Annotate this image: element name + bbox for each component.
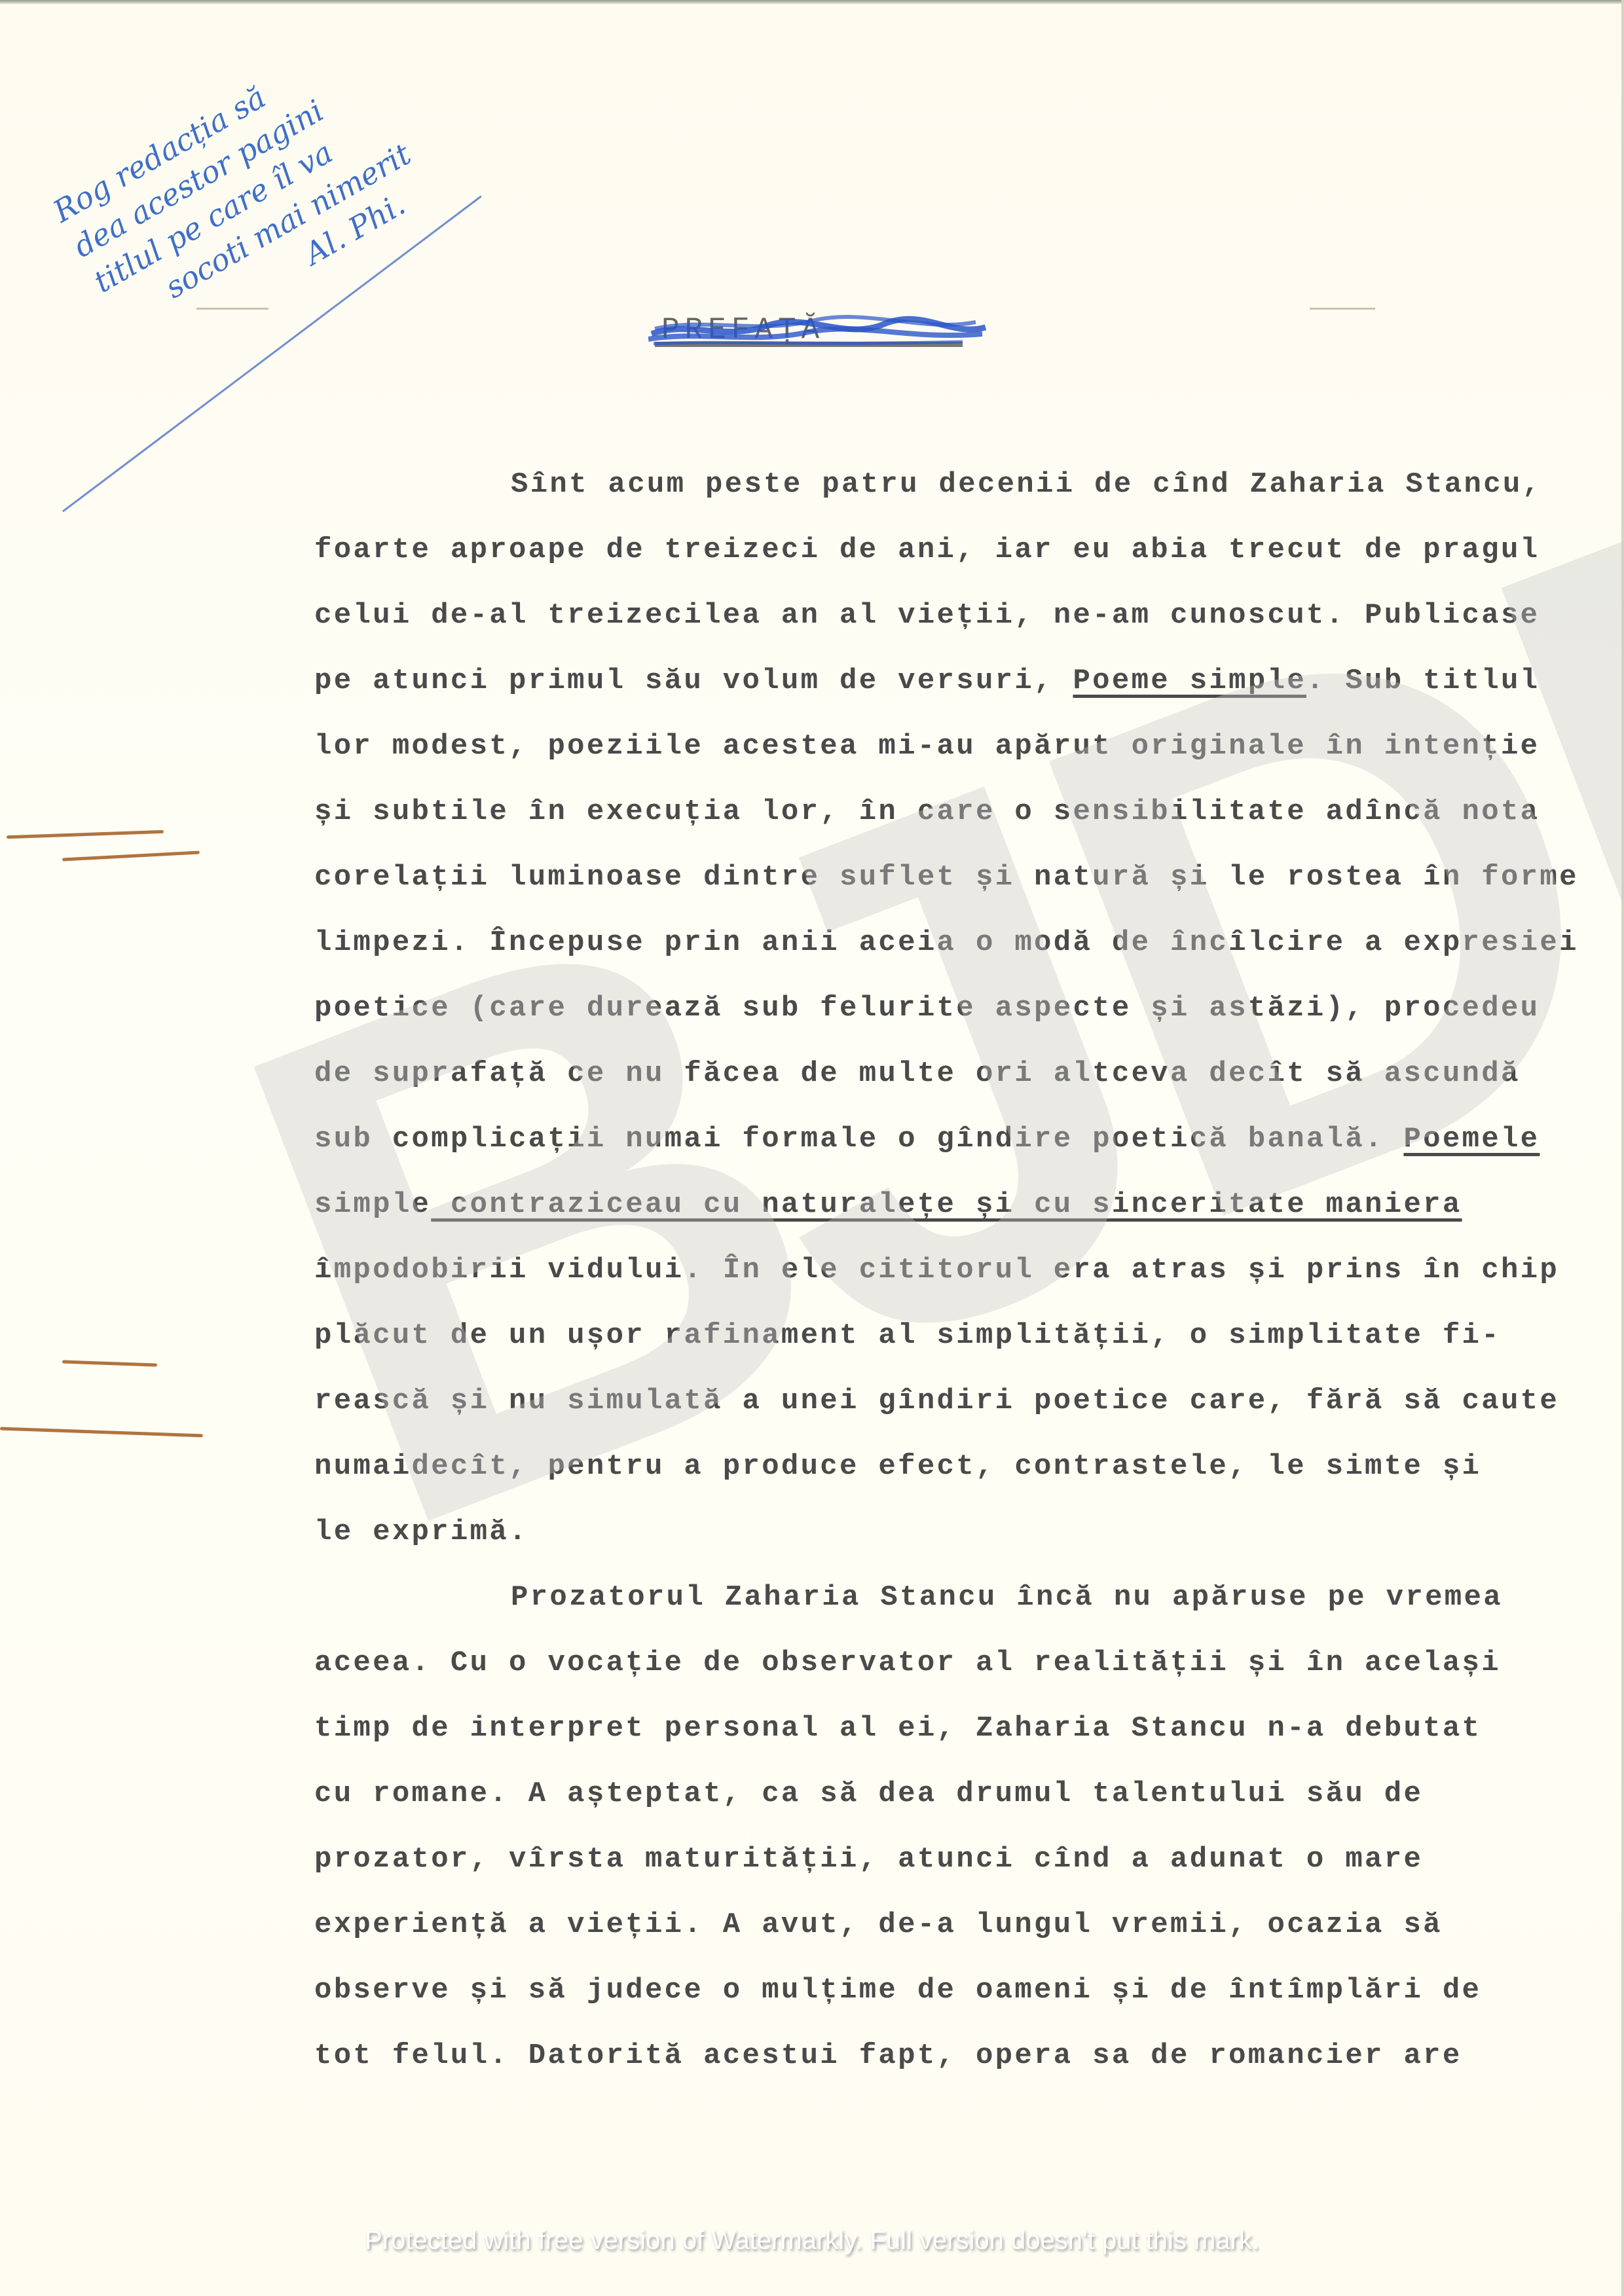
- underlined-book-title: contraziceau cu naturalețe și cu sinceri…: [431, 1188, 1462, 1221]
- text-span: pe atunci primul său volum de versuri,: [314, 665, 1073, 697]
- text-line: numaidecît, pentru a produce efect, cont…: [314, 1434, 1624, 1499]
- scan-top-edge: [0, 0, 1624, 4]
- text-line: le exprimă.: [314, 1499, 1624, 1565]
- text-line: observe și să judece o mulțime de oameni…: [314, 1958, 1624, 2023]
- tick-mark: [196, 308, 268, 310]
- text-span: și subtile în execuția lor, în care o se…: [314, 795, 1540, 828]
- text-span: timp de interpret personal al ei, Zahari…: [314, 1712, 1481, 1745]
- text-line: limpezi. Începuse prin anii aceia o modă…: [314, 910, 1624, 975]
- text-line: de suprafață ce nu făcea de multe ori al…: [314, 1041, 1624, 1106]
- text-span: corelații luminoase dintre suflet și nat…: [314, 861, 1579, 894]
- text-line: prozator, vîrsta maturității, atunci cîn…: [314, 1827, 1624, 1892]
- text-span: sub complicații numai formale o gîndire …: [314, 1123, 1403, 1156]
- text-line: plăcut de un ușor rafinament al simplită…: [314, 1303, 1624, 1368]
- text-span: observe și să judece o mulțime de oameni…: [314, 1974, 1481, 2007]
- underlined-book-title: Poeme simple: [1073, 665, 1306, 697]
- text-line: rească și nu simulată a unei gîndiri poe…: [314, 1368, 1624, 1434]
- rust-mark: [7, 830, 164, 839]
- text-line: experiență a vieții. A avut, de-a lungul…: [314, 1892, 1624, 1958]
- text-span: împodobirii vidului. În ele cititorul er…: [314, 1254, 1559, 1286]
- text-span: lor modest, poeziile acestea mi-au apăru…: [314, 730, 1540, 763]
- scribble-strikeout-icon: [648, 314, 989, 347]
- text-span: Prozatorul Zaharia Stancu încă nu apărus…: [511, 1581, 1503, 1614]
- text-line: timp de interpret personal al ei, Zahari…: [314, 1696, 1624, 1761]
- text-line: pe atunci primul său volum de versuri, P…: [314, 648, 1624, 714]
- rust-mark: [62, 1360, 157, 1366]
- tick-mark: [1310, 308, 1375, 310]
- text-span: tot felul. Datorită acestui fapt, opera …: [314, 2039, 1462, 2072]
- text-line: corelații luminoase dintre suflet și nat…: [314, 845, 1624, 910]
- text-span: rească și nu simulată a unei gîndiri poe…: [314, 1385, 1559, 1417]
- rust-mark: [62, 851, 200, 862]
- text-span: celui de-al treizecilea an al vieții, ne…: [314, 599, 1540, 632]
- text-span: numaidecît, pentru a produce efect, cont…: [314, 1450, 1481, 1483]
- text-line: aceea. Cu o vocație de observator al rea…: [314, 1630, 1624, 1696]
- paragraphs-container: Sînt acum peste patru decenii de cînd Za…: [314, 452, 1624, 2088]
- text-span: Sînt acum peste patru decenii de cînd Za…: [511, 468, 1541, 501]
- text-span: limpezi. Începuse prin anii aceia o modă…: [314, 926, 1579, 959]
- typewritten-body: Sînt acum peste patru decenii de cînd Za…: [314, 452, 1624, 2088]
- text-span: foarte aproape de treizeci de ani, iar e…: [314, 534, 1540, 566]
- handwritten-margin-note: Rog redacția să dea acestor pagini titlu…: [46, 0, 510, 372]
- text-line: cu romane. A așteptat, ca să dea drumul …: [314, 1761, 1624, 1827]
- text-line: Sînt acum peste patru decenii de cînd Za…: [314, 452, 1624, 517]
- text-span: de suprafață ce nu făcea de multe ori al…: [314, 1057, 1521, 1090]
- struck-out-title: PREFAȚĂ: [648, 308, 989, 347]
- text-line: celui de-al treizecilea an al vieții, ne…: [314, 583, 1624, 648]
- text-span: cu romane. A așteptat, ca să dea drumul …: [314, 1777, 1423, 1810]
- text-span: simple: [314, 1188, 431, 1221]
- text-span: aceea. Cu o vocație de observator al rea…: [314, 1647, 1501, 1679]
- text-span: plăcut de un ușor rafinament al simplită…: [314, 1319, 1501, 1352]
- text-span: poetice (care durează sub felurite aspec…: [314, 992, 1540, 1025]
- underlined-book-title: Poemele: [1403, 1123, 1540, 1156]
- text-line: sub complicații numai formale o gîndire …: [314, 1106, 1624, 1172]
- text-line: foarte aproape de treizeci de ani, iar e…: [314, 517, 1624, 583]
- text-line: simple contraziceau cu naturalețe și cu …: [314, 1172, 1624, 1237]
- text-span: experiență a vieții. A avut, de-a lungul…: [314, 1908, 1443, 1941]
- text-line: și subtile în execuția lor, în care o se…: [314, 779, 1624, 845]
- text-span: le exprimă.: [314, 1516, 528, 1548]
- document-page: Rog redacția să dea acestor pagini titlu…: [0, 0, 1624, 2296]
- text-line: Prozatorul Zaharia Stancu încă nu apărus…: [314, 1565, 1624, 1630]
- text-line: tot felul. Datorită acestui fapt, opera …: [314, 2023, 1624, 2088]
- text-line: lor modest, poeziile acestea mi-au apăru…: [314, 714, 1624, 779]
- watermarkly-footer: Protected with free version of Watermark…: [0, 2226, 1624, 2255]
- text-line: poetice (care durează sub felurite aspec…: [314, 975, 1624, 1041]
- rust-mark: [0, 1427, 203, 1438]
- text-span: prozator, vîrsta maturității, atunci cîn…: [314, 1843, 1423, 1876]
- text-span: . Sub titlul: [1306, 665, 1540, 697]
- text-line: împodobirii vidului. În ele cititorul er…: [314, 1237, 1624, 1303]
